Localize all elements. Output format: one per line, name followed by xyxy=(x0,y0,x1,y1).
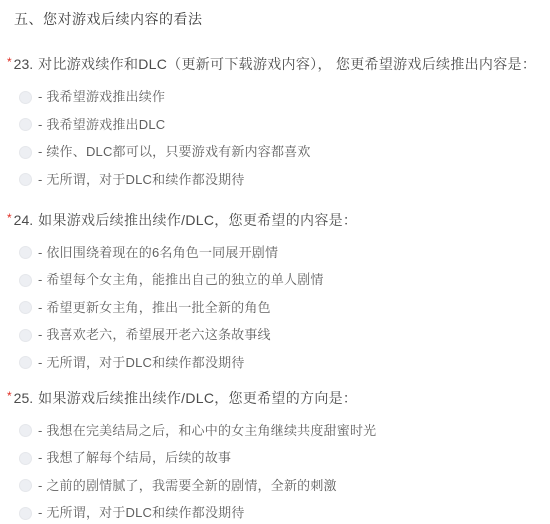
question-block-25: *25.如果游戏后续推出续作/DLC，您更希望的方向是： - 我想在完美结局之后… xyxy=(0,389,550,524)
question-title: *23.对比游戏续作和DLC（更新可下载游戏内容）， 您更希望游戏后续推出内容是… xyxy=(0,55,550,74)
option-label: - 依旧围绕着现在的6名角色一同展开剧情 xyxy=(38,243,278,263)
radio-option[interactable]: - 之前的剧情腻了，我需要全新的剧情，全新的刺激 xyxy=(19,476,550,496)
radio-option[interactable]: - 无所谓，对于DLC和续作都没期待 xyxy=(19,503,550,523)
radio-option[interactable]: - 无所谓，对于DLC和续作都没期待 xyxy=(19,353,550,373)
option-label: - 希望每个女主角，能推出自己的独立的单人剧情 xyxy=(38,270,324,290)
question-title: *24.如果游戏后续推出续作/DLC，您更希望的内容是： xyxy=(0,211,550,230)
option-label: - 我希望游戏推出DLC xyxy=(38,115,165,135)
radio-option[interactable]: - 我想了解每个结局，后续的故事 xyxy=(19,448,550,468)
radio-icon[interactable] xyxy=(19,479,32,492)
option-label: - 我喜欢老六，希望展开老六这条故事线 xyxy=(38,325,271,345)
options-list: - 我想在完美结局之后，和心中的女主角继续共度甜蜜时光 - 我想了解每个结局，后… xyxy=(0,421,550,524)
radio-option[interactable]: - 我想在完美结局之后，和心中的女主角继续共度甜蜜时光 xyxy=(19,421,550,441)
options-list: - 依旧围绕着现在的6名角色一同展开剧情 - 希望每个女主角，能推出自己的独立的… xyxy=(0,243,550,373)
required-asterisk: * xyxy=(7,389,12,403)
option-label: - 希望更新女主角，推出一批全新的角色 xyxy=(38,298,271,318)
option-label: - 无所谓，对于DLC和续作都没期待 xyxy=(38,503,245,523)
option-label: - 无所谓，对于DLC和续作都没期待 xyxy=(38,353,245,373)
radio-icon[interactable] xyxy=(19,246,32,259)
option-label: - 我希望游戏推出续作 xyxy=(38,87,165,107)
question-number: 25. xyxy=(14,390,33,406)
radio-icon[interactable] xyxy=(19,146,32,159)
radio-icon[interactable] xyxy=(19,356,32,369)
radio-icon[interactable] xyxy=(19,118,32,131)
question-title: *25.如果游戏后续推出续作/DLC，您更希望的方向是： xyxy=(0,389,550,408)
radio-icon[interactable] xyxy=(19,274,32,287)
radio-icon[interactable] xyxy=(19,507,32,520)
question-text: 如果游戏后续推出续作/DLC，您更希望的方向是： xyxy=(38,390,357,406)
section-title: 五、您对游戏后续内容的看法 xyxy=(14,10,550,28)
option-label: - 续作、DLC都可以，只要游戏有新内容都喜欢 xyxy=(38,142,311,162)
radio-icon[interactable] xyxy=(19,329,32,342)
option-label: - 我想了解每个结局，后续的故事 xyxy=(38,448,231,468)
options-list: - 我希望游戏推出续作 - 我希望游戏推出DLC - 续作、DLC都可以，只要游… xyxy=(0,87,550,190)
radio-icon[interactable] xyxy=(19,452,32,465)
question-text: 对比游戏续作和DLC（更新可下载游戏内容）， 您更希望游戏后续推出内容是： xyxy=(38,56,536,72)
required-asterisk: * xyxy=(7,55,12,69)
radio-icon[interactable] xyxy=(19,91,32,104)
question-number: 24. xyxy=(14,212,33,228)
radio-option[interactable]: - 我希望游戏推出DLC xyxy=(19,115,550,135)
option-label: - 我想在完美结局之后，和心中的女主角继续共度甜蜜时光 xyxy=(38,421,376,441)
radio-option[interactable]: - 续作、DLC都可以，只要游戏有新内容都喜欢 xyxy=(19,142,550,162)
radio-icon[interactable] xyxy=(19,301,32,314)
question-block-24: *24.如果游戏后续推出续作/DLC，您更希望的内容是： - 依旧围绕着现在的6… xyxy=(0,211,550,373)
required-asterisk: * xyxy=(7,211,12,225)
radio-icon[interactable] xyxy=(19,173,32,186)
radio-option[interactable]: - 希望更新女主角，推出一批全新的角色 xyxy=(19,298,550,318)
radio-option[interactable]: - 我喜欢老六，希望展开老六这条故事线 xyxy=(19,325,550,345)
radio-option[interactable]: - 无所谓，对于DLC和续作都没期待 xyxy=(19,170,550,190)
radio-option[interactable]: - 希望每个女主角，能推出自己的独立的单人剧情 xyxy=(19,270,550,290)
option-label: - 之前的剧情腻了，我需要全新的剧情，全新的刺激 xyxy=(38,476,337,496)
question-block-23: *23.对比游戏续作和DLC（更新可下载游戏内容）， 您更希望游戏后续推出内容是… xyxy=(0,55,550,190)
radio-icon[interactable] xyxy=(19,424,32,437)
question-text: 如果游戏后续推出续作/DLC，您更希望的内容是： xyxy=(38,212,357,228)
radio-option[interactable]: - 我希望游戏推出续作 xyxy=(19,87,550,107)
option-label: - 无所谓，对于DLC和续作都没期待 xyxy=(38,170,245,190)
radio-option[interactable]: - 依旧围绕着现在的6名角色一同展开剧情 xyxy=(19,243,550,263)
question-number: 23. xyxy=(14,56,33,72)
